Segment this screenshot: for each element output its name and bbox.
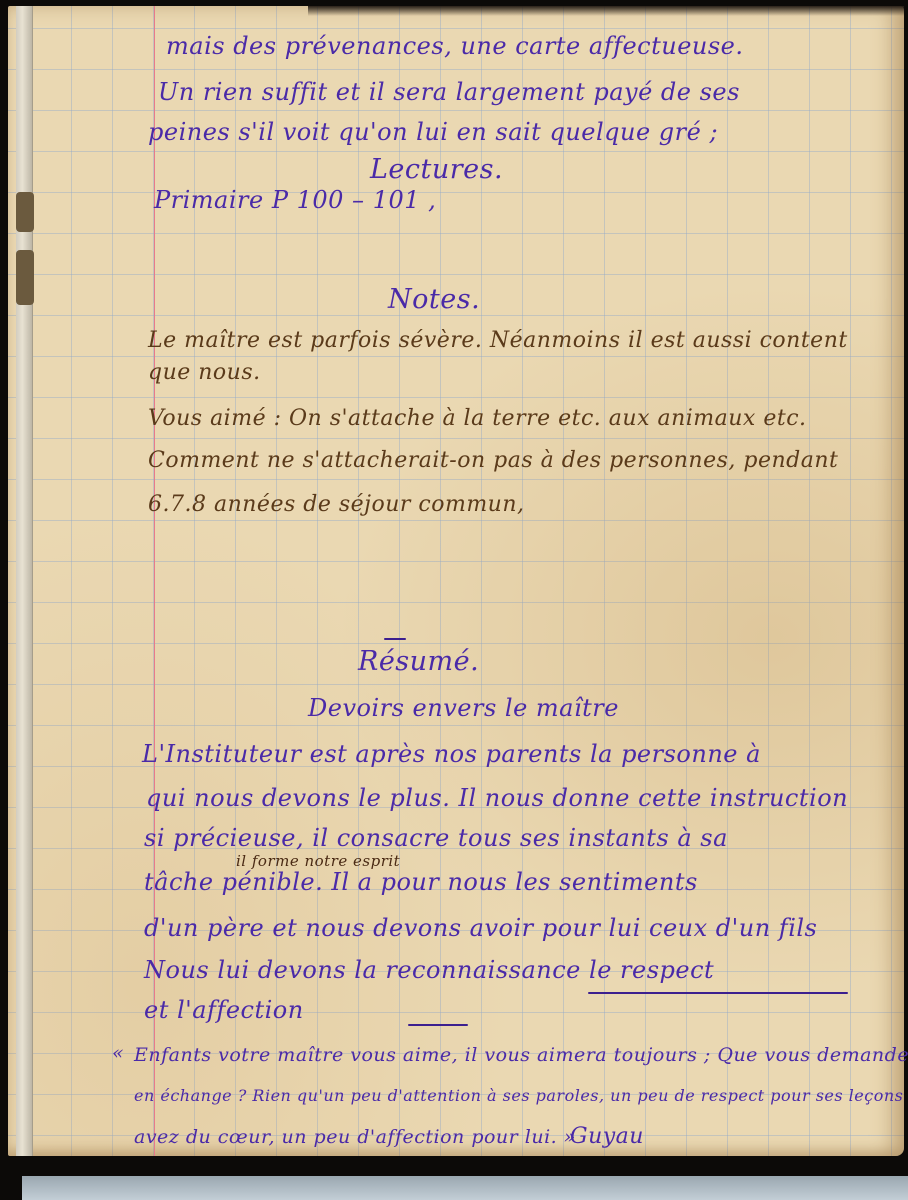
notebook-spine <box>16 6 33 1156</box>
notebook-page: mais des prévenances, une carte affectue… <box>8 6 904 1156</box>
text-line: si précieuse, il consacre tous ses insta… <box>144 824 728 852</box>
text-line: qui nous devons le plus. Il nous donne c… <box>146 784 848 812</box>
text-line: tâche pénible. Il a pour nous les sentim… <box>144 868 698 896</box>
quote-line: avez du cœur, un peu d'affection pour lu… <box>134 1126 576 1148</box>
text-line: que nous. <box>148 360 261 385</box>
text-line: Un rien suffit et il sera largement payé… <box>158 78 740 106</box>
text-line: d'un père et nous devons avoir pour lui … <box>144 914 817 942</box>
text-line: 6.7.8 années de séjour commun, <box>148 492 525 517</box>
page-top-shadow <box>308 6 904 16</box>
quote-open-mark: « <box>112 1042 124 1064</box>
quote-line: en échange ? Rien qu'un peu d'attention … <box>134 1086 908 1105</box>
text-line: Nous lui devons la reconnaissance le res… <box>144 956 714 984</box>
quote-line: Enfants votre maître vous aime, il vous … <box>134 1044 908 1066</box>
text-line: Comment ne s'attacherait-on pas à des pe… <box>148 448 838 473</box>
quote-author: Guyau <box>570 1124 644 1149</box>
text-line: L'Instituteur est après nos parents la p… <box>142 740 761 768</box>
lectures-entry: Primaire P 100 – 101 , <box>154 186 436 214</box>
text-line: Le maître est parfois sévère. Néanmoins … <box>148 328 848 353</box>
accent-stroke <box>384 638 406 640</box>
text-line: Vous aimé : On s'attache à la terre etc.… <box>148 406 807 431</box>
section-subheading: Devoirs envers le maître <box>308 694 619 722</box>
text-line: peines s'il voit qu'on lui en sait quelq… <box>148 118 718 146</box>
text-line: et l'affection <box>144 996 304 1024</box>
section-heading-lectures: Lectures. <box>370 154 503 185</box>
underline-stroke <box>588 992 848 994</box>
spine-tear <box>16 192 34 232</box>
section-heading-resume: Résumé. <box>358 646 479 677</box>
scanner-bed-edge <box>22 1176 908 1200</box>
section-heading-notes: Notes. <box>388 284 480 315</box>
spine-tear <box>16 250 34 305</box>
text-line: mais des prévenances, une carte affectue… <box>166 32 744 60</box>
end-stroke <box>408 1024 468 1026</box>
